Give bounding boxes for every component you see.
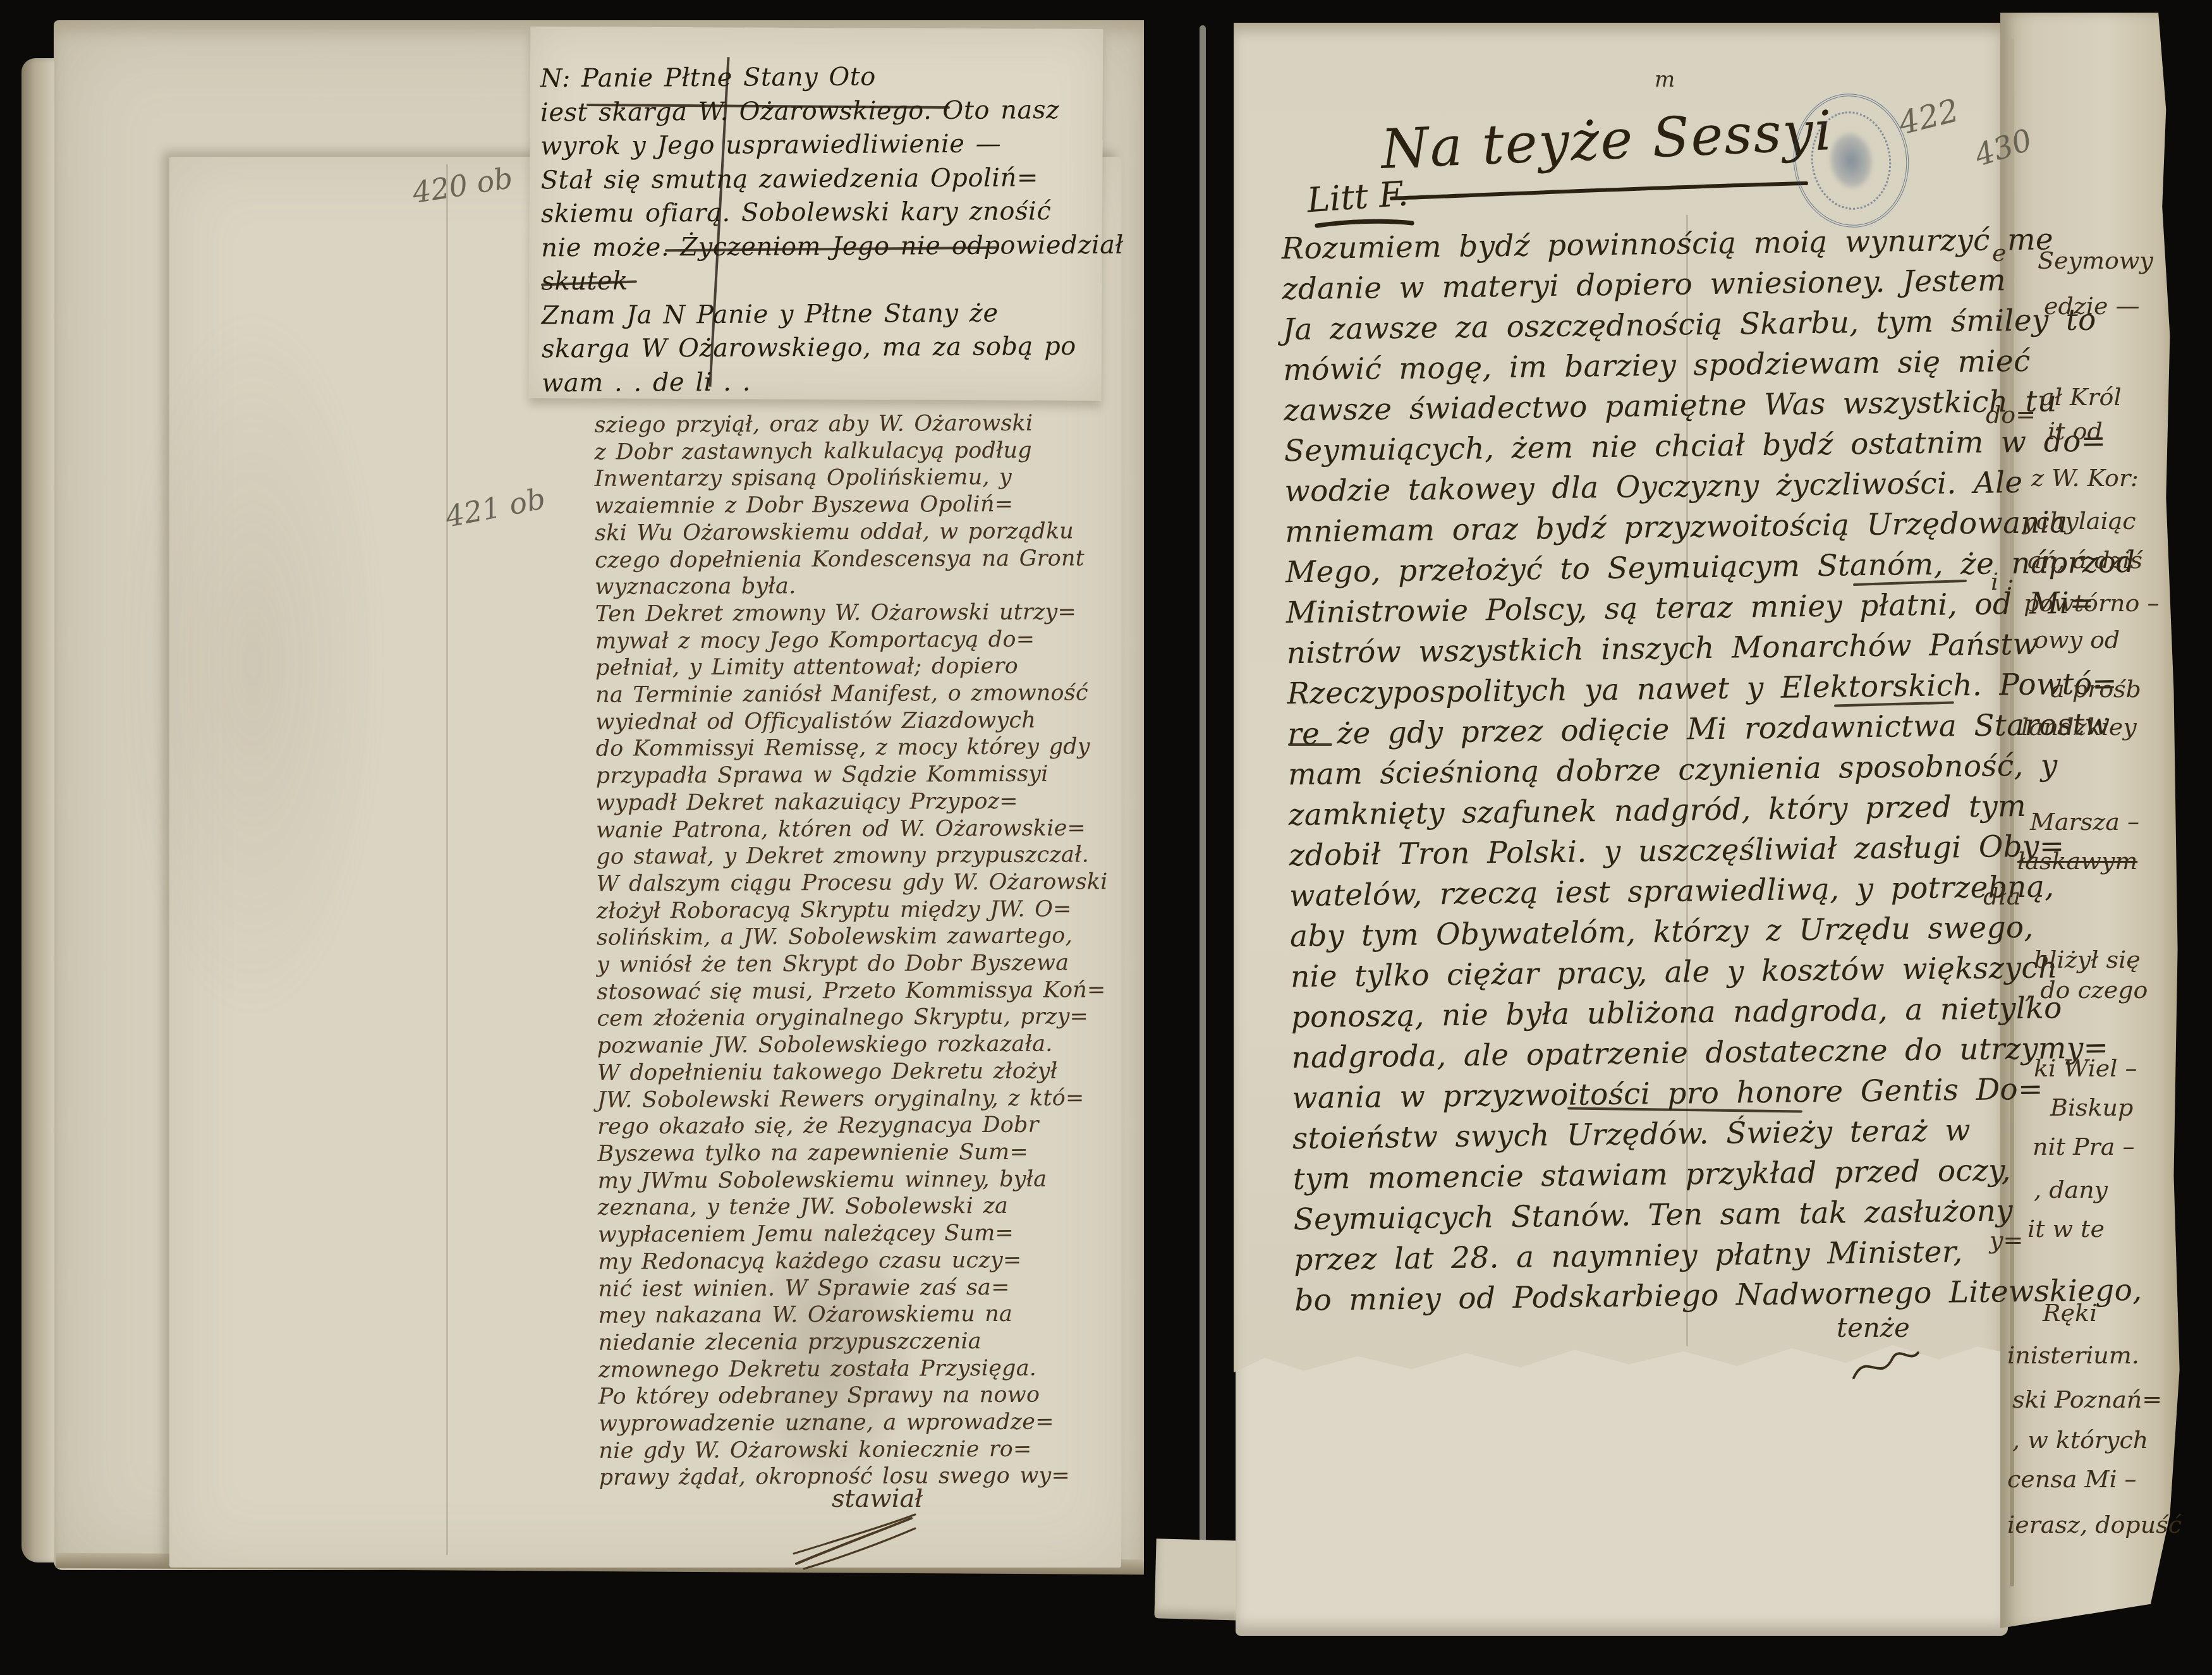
quire-mark: m <box>1655 67 1675 92</box>
manuscript-line: rego okazało się, że Rezygnacya Dobr <box>597 1112 1109 1141</box>
manuscript-line: wyznaczona była. <box>595 571 1106 600</box>
manuscript-line: zmownego Dekretu została Przysięga. <box>599 1355 1110 1384</box>
manuscript-line: go stawał, y Dekret zmowny przypuszczał. <box>596 841 1107 870</box>
paper-aging-blot <box>76 190 430 1138</box>
pen-flourish-icon <box>1849 1345 1924 1389</box>
manuscript-line: do Kommissyi Remissę, z mocy którey gdy <box>596 734 1107 763</box>
text-fragment: nit Pra – <box>2033 1133 2134 1160</box>
manuscript-line: W dopełnieniu takowego Dekretu złożył <box>597 1057 1109 1087</box>
manuscript-line: wypadł Dekret nakazuiący Przypoz= <box>596 788 1107 817</box>
text-fragment: bliżył się <box>2034 946 2141 973</box>
note-line: Stał się smutną zawiedzenia Opoliń= <box>540 161 1123 197</box>
manuscript-line: sziego przyiął, oraz aby W. Ożarowski <box>594 410 1105 439</box>
text-fragment: e <box>1992 239 2007 267</box>
left-text-column: sziego przyiął, oraz aby W. Ożarowskiz D… <box>594 410 1110 1492</box>
gutter-fold-highlight <box>1200 25 1206 1605</box>
manuscript-line: Byszewa tylko na zapewnienie Sum= <box>597 1138 1109 1167</box>
note-line: wam . . de li . . <box>542 363 1124 400</box>
text-fragment: Marsza – <box>2030 808 2139 836</box>
text-fragment: Biskup <box>2050 1093 2133 1121</box>
note-line: N: Panie Płtne Stany Oto <box>540 59 1123 96</box>
text-fragment: z W. Kor: <box>2031 464 2139 492</box>
text-fragment: do= <box>1986 401 2036 429</box>
text-fragment: , do czego <box>2025 976 2148 1004</box>
note-line: iest skarga W. Ożarowskiego. Oto nasz <box>540 93 1123 130</box>
manuscript-line: zeznana, y tenże JW. Sobolewski za <box>598 1193 1109 1222</box>
manuscript-line: wanie Patrona, któren od W. Ożarowskie= <box>596 815 1107 844</box>
manuscript-line: wyprowadzenie uznane, a wprowadze= <box>599 1408 1110 1437</box>
text-fragment: inisterium. <box>2007 1341 2139 1369</box>
pen-flourish-icon <box>790 1512 923 1572</box>
text-fragment: , w których <box>2012 1426 2148 1454</box>
right-catchword: tenże <box>1837 1312 1910 1343</box>
text-fragment: ski Poznań= <box>2012 1386 2162 1413</box>
manuscript-line: czego dopełnienia Kondescensya na Gront <box>595 545 1106 574</box>
note-line: Znam Ja N Panie y Płtne Stany że <box>542 296 1124 332</box>
text-fragment: ki Wiel – <box>2034 1054 2137 1082</box>
manuscript-line: JW. Sobolewski Rewers oryginalny, z któ= <box>597 1085 1109 1114</box>
note-line: nie może. Życzeniom Jego nie odpowiedzia… <box>541 228 1124 265</box>
right-text-column: Rozumiem bydź powinnością moią wynurzyć … <box>1281 219 2144 1321</box>
manuscript-line: nić iest winien. W Sprawie zaś sa= <box>598 1274 1109 1303</box>
manuscript-line: przypadła Sprawa w Sądzie Kommissyi <box>596 760 1107 789</box>
manuscript-line: my JWmu Sobolewskiemu winney, była <box>597 1166 1109 1195</box>
litt-label: Litt F. <box>1306 173 1409 220</box>
manuscript-line: mey nakazana W. Ożarowskiemu na <box>598 1300 1109 1329</box>
manuscript-line: złożył Roboracyą Skryptu między JW. O= <box>597 896 1108 925</box>
manuscript-line: Inwentarzy spisaną Opolińskiemu, y <box>595 464 1106 493</box>
text-fragment: edzie — <box>2044 292 2140 320</box>
text-fragment: , dany <box>2034 1176 2108 1203</box>
note-line: wyrok y Jego usprawiedliwienie — <box>540 127 1123 164</box>
manuscript-line: wypłaceniem Jemu należącey Sum= <box>598 1219 1109 1248</box>
text-fragment: y= <box>1990 1226 2023 1254</box>
heading-underline-stroke <box>1389 181 1811 202</box>
text-fragment: a prośb <box>2050 675 2141 703</box>
text-fragment: ierasz, dopuść <box>2007 1511 2182 1538</box>
manuscript-scan: N: Panie Płtne Stany Otoiest skarga W. O… <box>0 0 2212 1675</box>
text-fragment: Ręki <box>2043 1299 2097 1327</box>
manuscript-line: solińskim, a JW. Sobolewskim zawartego, <box>597 923 1108 952</box>
manuscript-line: cem złożenia oryginalnego Skryptu, przy= <box>597 1004 1108 1033</box>
manuscript-line: Po którey odebraney Sprawy na nowo <box>599 1382 1110 1411</box>
manuscript-line: my Redonacyą każdego czasu uczy= <box>598 1246 1109 1276</box>
text-fragment: i : <box>1991 568 2014 595</box>
manuscript-line: mywał z mocy Jego Komportacyą do= <box>595 626 1107 655</box>
text-fragment: łaskawym <box>2017 847 2137 875</box>
text-fragment: Seymowy <box>2038 247 2153 274</box>
note-line: skarga W Ożarowskiego, ma za sobą po <box>542 330 1124 367</box>
manuscript-line: ski Wu Ożarowskiemu oddał, w porządku <box>595 518 1106 547</box>
word-underline-stroke <box>1288 743 1332 746</box>
manuscript-line: nie gdy W. Ożarowski koniecznie ro= <box>599 1435 1110 1465</box>
manuscript-line: niedanie zlecenia przypuszczenia <box>599 1327 1110 1356</box>
text-fragment: ychylaiąc <box>2022 507 2136 535</box>
text-fragment: it w te <box>2027 1215 2105 1243</box>
left-catchword: stawiał <box>832 1484 923 1513</box>
text-fragment: landzkiey <box>2021 713 2137 741</box>
text-fragment: dła <box>1983 882 2021 910</box>
text-fragment: ał Król <box>2040 383 2122 411</box>
left-page-crease <box>446 164 448 1555</box>
text-fragment: censa Mi – <box>2007 1465 2137 1493</box>
manuscript-line: pełniał, y Limity attentował; dopiero <box>595 653 1107 682</box>
manuscript-line: y wniósł że ten Skrypt do Dobr Byszewa <box>597 949 1108 978</box>
text-fragment: it od <box>2048 417 2103 445</box>
text-fragment: ań, á dziś <box>2027 546 2142 574</box>
text-fragment: owy od <box>2034 626 2120 654</box>
manuscript-line: z Dobr zastawnych kalkulacyą podług <box>594 437 1105 466</box>
manuscript-line: W dalszym ciągu Procesu gdy W. Ożarowski <box>596 868 1107 898</box>
manuscript-line: wyiednał od Officyalistów Ziazdowych <box>595 707 1107 736</box>
manuscript-line: stosować się musi, Przeto Kommissya Koń= <box>597 977 1108 1006</box>
manuscript-line: pozwanie JW. Sobolewskiego rozkazała. <box>597 1030 1109 1059</box>
note-line: skiemu ofiarą. Sobolewski kary znośić <box>541 195 1124 231</box>
text-fragment: powtórno – <box>2024 589 2159 617</box>
manuscript-line: wzaiemnie z Dobr Byszewa Opoliń= <box>595 490 1106 520</box>
manuscript-line: na Terminie zaniósł Manifest, o zmowność <box>595 679 1107 709</box>
manuscript-line: Ten Dekret zmowny W. Ożarowski utrzy= <box>595 599 1107 628</box>
note-block: N: Panie Płtne Stany Otoiest skarga W. O… <box>540 59 1125 401</box>
